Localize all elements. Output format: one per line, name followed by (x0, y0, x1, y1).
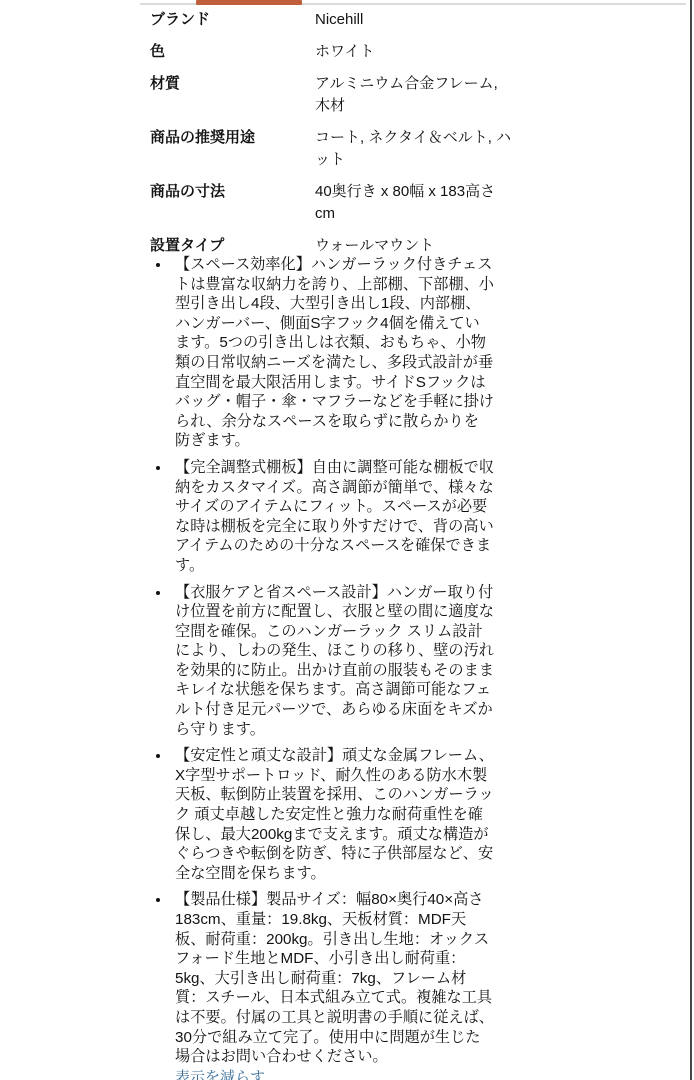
spec-row: 商品の寸法40奥行き x 80幅 x 183高さ cm (150, 181, 530, 225)
spec-row-value: コート, ネクタイ＆ベルト, ハット (315, 127, 515, 171)
spec-row: ブランドNicehill (150, 9, 530, 31)
feature-bullet: 【安定性と頑丈な設計】頑丈な金属フレーム、X字型サポートロッド、耐久性のある防水… (154, 746, 494, 883)
spec-row-value: アルミニウム合金フレーム, 木材 (315, 73, 515, 117)
feature-bullet-list: 【スペース効率化】ハンガーラック付きチェストは豊富な収納力を誇り、上部棚、下部棚… (154, 255, 494, 1074)
spec-row-label: 商品の推奨用途 (150, 127, 315, 171)
spec-row: 商品の推奨用途コート, ネクタイ＆ベルト, ハット (150, 127, 530, 171)
spec-row: 材質アルミニウム合金フレーム, 木材 (150, 73, 530, 117)
spec-row-label: 設置タイプ (150, 235, 315, 257)
spec-row-label: 商品の寸法 (150, 181, 315, 225)
spec-row-label: ブランド (150, 9, 315, 31)
feature-bullet: 【衣服ケアと省スペース設計】ハンガー取り付け位置を前方に配置し、衣服と壁の間に適… (154, 583, 494, 740)
active-tab-underline-indicator (196, 0, 302, 5)
show-less-link[interactable]: 表示を減らす (175, 1068, 265, 1080)
feature-bullet: 【製品仕様】製品サイズ：幅80×奥行40×高さ183cm、重量：19.8kg、天… (154, 890, 494, 1066)
spec-row-label: 色 (150, 41, 315, 63)
feature-bullet: 【完全調整式棚板】自由に調整可能な棚板で収納をカスタマイズ。高さ調節が簡単で、様… (154, 458, 494, 576)
spec-row-label: 材質 (150, 73, 315, 117)
spec-row: 色ホワイト (150, 41, 530, 63)
product-spec-table: ブランドNicehill色ホワイト材質アルミニウム合金フレーム, 木材商品の推奨… (150, 9, 530, 267)
spec-row: 設置タイプウォールマウント (150, 235, 530, 257)
screen-right-edge-line (690, 0, 692, 1080)
spec-row-value: Nicehill (315, 9, 515, 31)
product-detail-panel: ブランドNicehill色ホワイト材質アルミニウム合金フレーム, 木材商品の推奨… (140, 0, 688, 1080)
spec-row-value: ウォールマウント (315, 235, 515, 257)
spec-row-value: 40奥行き x 80幅 x 183高さ cm (315, 181, 515, 225)
feature-bullet: 【スペース効率化】ハンガーラック付きチェストは豊富な収納力を誇り、上部棚、下部棚… (154, 255, 494, 451)
spec-row-value: ホワイト (315, 41, 515, 63)
